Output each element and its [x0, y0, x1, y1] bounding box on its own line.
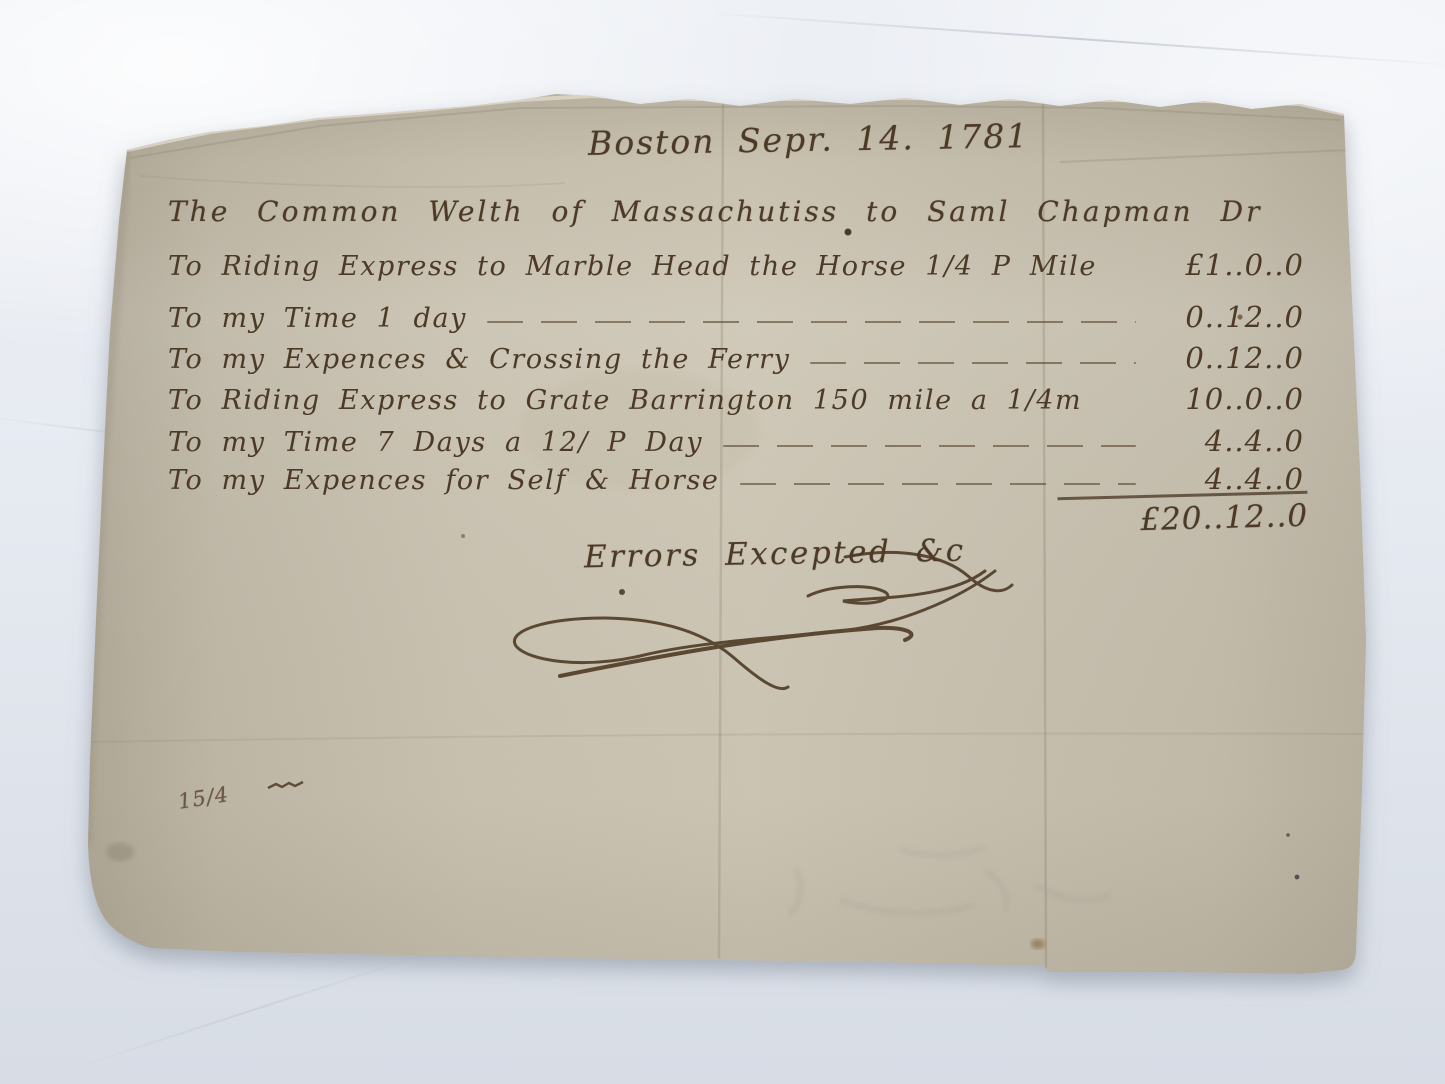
line-item: To my Expences for Self & Horse 4..4..0: [168, 462, 1304, 496]
fill-space: [1117, 269, 1136, 271]
item-amount: £1..0..0: [1154, 248, 1304, 282]
line-item: To Riding Express to Marble Head the Hor…: [168, 248, 1304, 282]
docket-note: 15/4: [176, 782, 230, 814]
closing-line: Errors Excepted &c: [584, 533, 966, 576]
item-description: To my Expences & Crossing the Ferry: [168, 344, 790, 375]
item-amount: 4..4..0: [1154, 424, 1304, 458]
fill-space: [1102, 403, 1136, 405]
line-item: To my Time 7 Days a 12/ P Day 4..4..0: [168, 424, 1304, 458]
manuscript-text-layer: Boston Sepr. 14. 1781 The Common Welth o…: [0, 0, 1445, 1084]
hand-drawn-dashes: [723, 445, 1136, 447]
hand-drawn-dashes: [740, 483, 1137, 485]
item-amount: 0..12..0: [1154, 341, 1304, 375]
item-description: To my Time 7 Days a 12/ P Day: [168, 427, 703, 458]
photo-surface: Boston Sepr. 14. 1781 The Common Welth o…: [0, 0, 1445, 1084]
item-amount: 0..12..0: [1154, 300, 1304, 334]
hand-drawn-dashes: [810, 362, 1136, 364]
item-description: To my Expences for Self & Horse: [168, 465, 720, 496]
hand-drawn-dashes: [487, 321, 1136, 323]
line-item: To my Expences & Crossing the Ferry 0..1…: [168, 341, 1304, 375]
line-item: To Riding Express to Grate Barrington 15…: [168, 382, 1304, 416]
date-line: Boston Sepr. 14. 1781: [588, 116, 1030, 163]
item-description: To Riding Express to Marble Head the Hor…: [168, 251, 1097, 282]
salutation-line: The Common Welth of Massachutiss to Saml…: [168, 195, 1262, 228]
item-description: To my Time 1 day: [168, 303, 467, 334]
total-amount: £20..12..0: [1057, 491, 1308, 541]
item-description: To Riding Express to Grate Barrington 15…: [168, 385, 1082, 416]
item-amount: 10..0..0: [1154, 382, 1304, 416]
line-item: To my Time 1 day 0..12..0: [168, 300, 1304, 334]
